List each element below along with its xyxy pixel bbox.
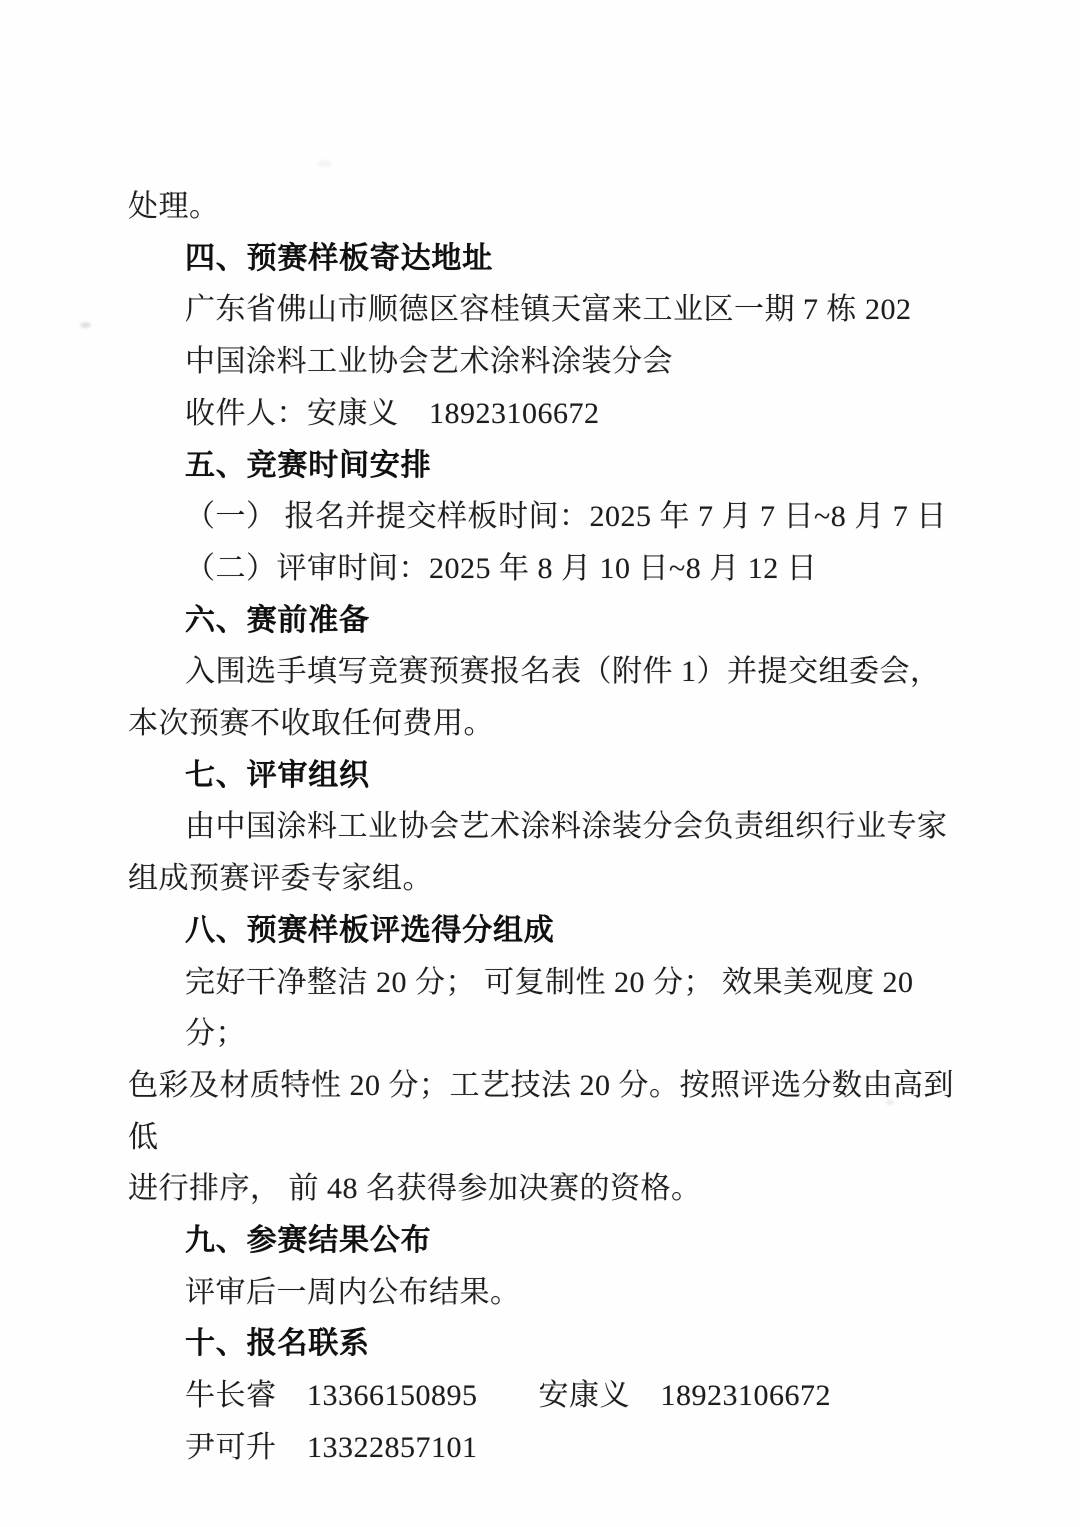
section-heading-5: 五、竞赛时间安排 <box>128 440 960 492</box>
paragraph-line-address-street: 广东省佛山市顺德区容桂镇天富来工业区一期 7 栋 202 <box>128 284 960 336</box>
section-heading-10: 十、报名联系 <box>128 1318 960 1370</box>
section-heading-4: 四、预赛样板寄达地址 <box>128 233 960 285</box>
paragraph-line-scoring-3: 进行排序， 前 48 名获得参加决赛的资格。 <box>128 1163 960 1215</box>
paragraph-line-contacts-1: 牛长睿 13366150895 安康义 18923106672 <box>128 1370 960 1422</box>
paragraph-line-results: 评审后一周内公布结果。 <box>128 1267 960 1319</box>
paragraph-line-preparation-2: 本次预赛不收取任何费用。 <box>128 698 960 750</box>
section-heading-7: 七、评审组织 <box>128 750 960 802</box>
section-heading-9: 九、参赛结果公布 <box>128 1215 960 1267</box>
scan-smudge <box>886 1100 894 1105</box>
paragraph-line-schedule-1: （一） 报名并提交样板时间：2025 年 7 月 7 日~8 月 7 日 <box>128 491 960 543</box>
document-page: 处理。 四、预赛样板寄达地址 广东省佛山市顺德区容桂镇天富来工业区一期 7 栋 … <box>0 0 1080 1527</box>
paragraph-line-contacts-2: 尹可升 13322857101 <box>128 1422 960 1474</box>
section-heading-6: 六、赛前准备 <box>128 595 960 647</box>
paragraph-line-schedule-2: （二）评审时间：2025 年 8 月 10 日~8 月 12 日 <box>128 543 960 595</box>
scan-smudge <box>80 322 91 328</box>
paragraph-line-scoring-2: 色彩及材质特性 20 分；工艺技法 20 分。按照评选分数由高到低 <box>128 1060 960 1163</box>
section-heading-8: 八、预赛样板评选得分组成 <box>128 905 960 957</box>
paragraph-line-continuation: 处理。 <box>128 181 960 233</box>
document-content: 处理。 四、预赛样板寄达地址 广东省佛山市顺德区容桂镇天富来工业区一期 7 栋 … <box>128 0 960 1474</box>
paragraph-line-scoring-1: 完好干净整洁 20 分； 可复制性 20 分； 效果美观度 20 分； <box>128 957 960 1060</box>
paragraph-line-preparation-1: 入围选手填写竞赛预赛报名表（附件 1）并提交组委会， <box>128 646 960 698</box>
paragraph-line-recipient: 收件人：安康义 18923106672 <box>128 388 960 440</box>
paragraph-line-judging-org-1: 由中国涂料工业协会艺术涂料涂装分会负责组织行业专家 <box>128 801 960 853</box>
paragraph-line-judging-org-2: 组成预赛评委专家组。 <box>128 853 960 905</box>
scan-smudge <box>318 160 332 167</box>
paragraph-line-address-org: 中国涂料工业协会艺术涂料涂装分会 <box>128 336 960 388</box>
